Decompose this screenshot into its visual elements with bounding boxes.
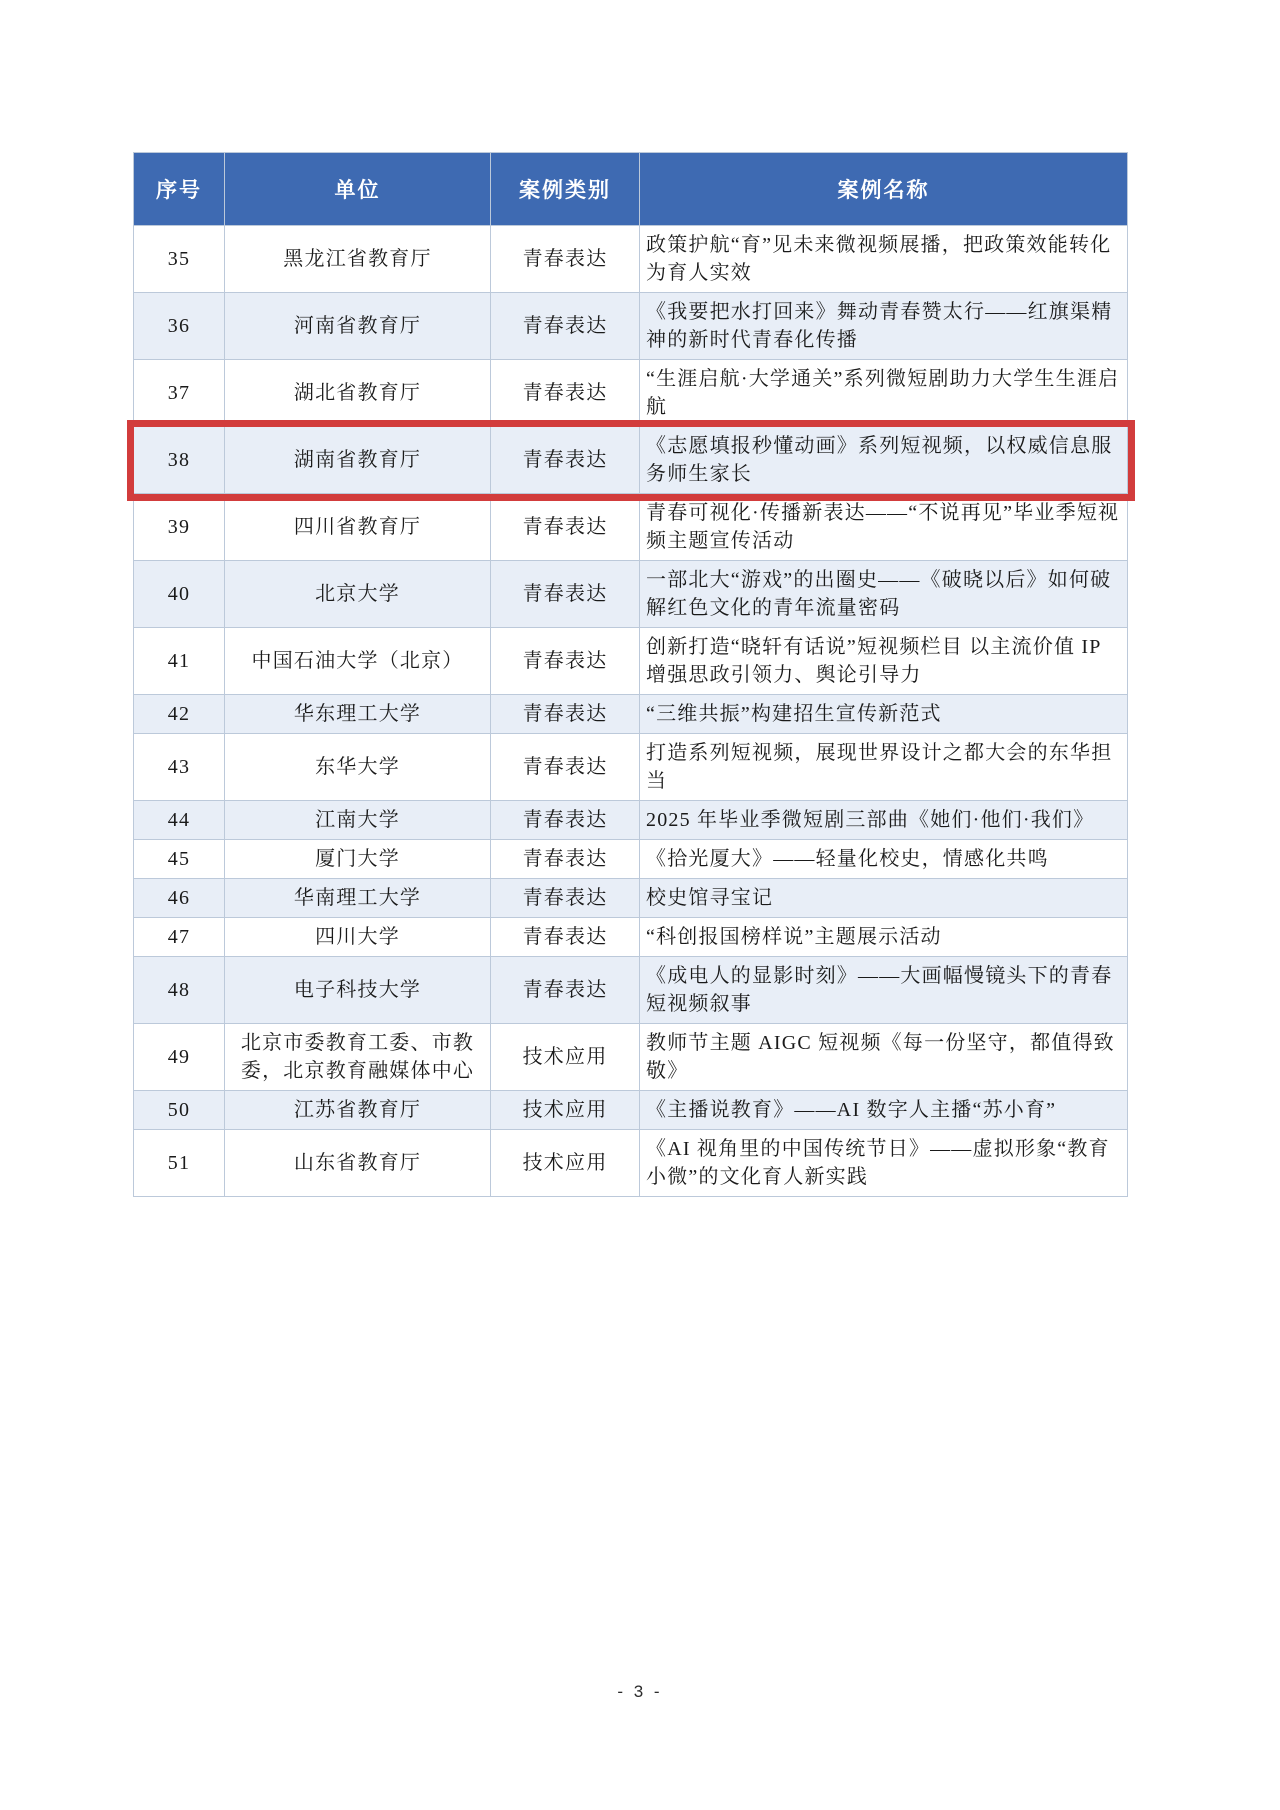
column-header-unit: 单位 [225,153,491,226]
case-category: 青春表达 [491,957,640,1024]
case-name: 《志愿填报秒懂动画》系列短视频，以权威信息服务师生家长 [640,427,1128,494]
case-category: 青春表达 [491,427,640,494]
case-unit: 河南省教育厅 [225,293,491,360]
case-no: 38 [134,427,225,494]
case-name: 《我要把水打回来》舞动青春赞太行——红旗渠精神的新时代青春化传播 [640,293,1128,360]
case-name: 2025 年毕业季微短剧三部曲《她们·他们·我们》 [640,801,1128,840]
case-no: 49 [134,1024,225,1091]
table-row: 47 四川大学 青春表达 “科创报国榜样说”主题展示活动 [134,918,1128,957]
case-unit: 四川大学 [225,918,491,957]
table-row: 45 厦门大学 青春表达 《拾光厦大》——轻量化校史，情感化共鸣 [134,840,1128,879]
case-name: 打造系列短视频，展现世界设计之都大会的东华担当 [640,734,1128,801]
document-page: 序号 单位 案例类别 案例名称 35 黑龙江省教育厅 青春表达 政策护航“育”见… [0,0,1280,1810]
case-no: 44 [134,801,225,840]
table-row: 42 华东理工大学 青春表达 “三维共振”构建招生宣传新范式 [134,695,1128,734]
case-unit: 山东省教育厅 [225,1130,491,1197]
case-category: 技术应用 [491,1130,640,1197]
case-no: 37 [134,360,225,427]
table-row: 50 江苏省教育厅 技术应用 《主播说教育》——AI 数字人主播“苏小育” [134,1091,1128,1130]
case-name: 《AI 视角里的中国传统节日》——虚拟形象“教育小微”的文化育人新实践 [640,1130,1128,1197]
column-header-no: 序号 [134,153,225,226]
case-unit: 湖北省教育厅 [225,360,491,427]
case-unit: 华南理工大学 [225,879,491,918]
case-category: 青春表达 [491,293,640,360]
case-name: “三维共振”构建招生宣传新范式 [640,695,1128,734]
case-unit: 电子科技大学 [225,957,491,1024]
case-category: 青春表达 [491,734,640,801]
case-unit: 四川省教育厅 [225,494,491,561]
case-category: 青春表达 [491,628,640,695]
case-name: “科创报国榜样说”主题展示活动 [640,918,1128,957]
case-name: 政策护航“育”见未来微视频展播，把政策效能转化为育人实效 [640,226,1128,293]
case-category: 青春表达 [491,695,640,734]
case-no: 42 [134,695,225,734]
case-category: 青春表达 [491,801,640,840]
case-category: 青春表达 [491,494,640,561]
case-unit: 东华大学 [225,734,491,801]
case-no: 36 [134,293,225,360]
table-row: 40 北京大学 青春表达 一部北大“游戏”的出圈史——《破晓以后》如何破解红色文… [134,561,1128,628]
case-category: 青春表达 [491,561,640,628]
table-row: 37 湖北省教育厅 青春表达 “生涯启航·大学通关”系列微短剧助力大学生生涯启航 [134,360,1128,427]
case-category: 青春表达 [491,226,640,293]
page-number: - 3 - [0,1682,1280,1702]
case-unit: 黑龙江省教育厅 [225,226,491,293]
table-row: 35 黑龙江省教育厅 青春表达 政策护航“育”见未来微视频展播，把政策效能转化为… [134,226,1128,293]
table-row: 44 江南大学 青春表达 2025 年毕业季微短剧三部曲《她们·他们·我们》 [134,801,1128,840]
case-category: 青春表达 [491,360,640,427]
case-category: 青春表达 [491,840,640,879]
case-no: 39 [134,494,225,561]
case-no: 35 [134,226,225,293]
table-row: 51 山东省教育厅 技术应用 《AI 视角里的中国传统节日》——虚拟形象“教育小… [134,1130,1128,1197]
case-unit: 厦门大学 [225,840,491,879]
table-row: 36 河南省教育厅 青春表达 《我要把水打回来》舞动青春赞太行——红旗渠精神的新… [134,293,1128,360]
case-no: 41 [134,628,225,695]
case-unit: 中国石油大学（北京） [225,628,491,695]
table-row: 43 东华大学 青春表达 打造系列短视频，展现世界设计之都大会的东华担当 [134,734,1128,801]
case-name: 《成电人的显影时刻》——大画幅慢镜头下的青春短视频叙事 [640,957,1128,1024]
case-no: 45 [134,840,225,879]
case-unit: 湖南省教育厅 [225,427,491,494]
case-no: 40 [134,561,225,628]
cases-table: 序号 单位 案例类别 案例名称 35 黑龙江省教育厅 青春表达 政策护航“育”见… [133,152,1128,1197]
case-category: 青春表达 [491,879,640,918]
case-name: 青春可视化·传播新表达——“不说再见”毕业季短视频主题宣传活动 [640,494,1128,561]
case-unit: 江南大学 [225,801,491,840]
case-name: “生涯启航·大学通关”系列微短剧助力大学生生涯启航 [640,360,1128,427]
table-header-row: 序号 单位 案例类别 案例名称 [134,153,1128,226]
case-unit: 华东理工大学 [225,695,491,734]
case-name: 一部北大“游戏”的出圈史——《破晓以后》如何破解红色文化的青年流量密码 [640,561,1128,628]
table-row: 46 华南理工大学 青春表达 校史馆寻宝记 [134,879,1128,918]
case-unit: 江苏省教育厅 [225,1091,491,1130]
column-header-name: 案例名称 [640,153,1128,226]
case-unit: 北京大学 [225,561,491,628]
table-row: 39 四川省教育厅 青春表达 青春可视化·传播新表达——“不说再见”毕业季短视频… [134,494,1128,561]
case-no: 47 [134,918,225,957]
case-name: 教师节主题 AIGC 短视频《每一份坚守，都值得致敬》 [640,1024,1128,1091]
table-row-highlighted: 38 湖南省教育厅 青春表达 《志愿填报秒懂动画》系列短视频，以权威信息服务师生… [134,427,1128,494]
table-row: 48 电子科技大学 青春表达 《成电人的显影时刻》——大画幅慢镜头下的青春短视频… [134,957,1128,1024]
table-row: 49 北京市委教育工委、市教委，北京教育融媒体中心 技术应用 教师节主题 AIG… [134,1024,1128,1091]
case-no: 51 [134,1130,225,1197]
case-name: 创新打造“晓轩有话说”短视频栏目 以主流价值 IP 增强思政引领力、舆论引导力 [640,628,1128,695]
case-name: 校史馆寻宝记 [640,879,1128,918]
case-name: 《拾光厦大》——轻量化校史，情感化共鸣 [640,840,1128,879]
case-no: 46 [134,879,225,918]
case-unit: 北京市委教育工委、市教委，北京教育融媒体中心 [225,1024,491,1091]
case-category: 技术应用 [491,1024,640,1091]
case-no: 48 [134,957,225,1024]
case-category: 青春表达 [491,918,640,957]
table-row: 41 中国石油大学（北京） 青春表达 创新打造“晓轩有话说”短视频栏目 以主流价… [134,628,1128,695]
case-category: 技术应用 [491,1091,640,1130]
case-no: 50 [134,1091,225,1130]
case-no: 43 [134,734,225,801]
column-header-category: 案例类别 [491,153,640,226]
case-name: 《主播说教育》——AI 数字人主播“苏小育” [640,1091,1128,1130]
